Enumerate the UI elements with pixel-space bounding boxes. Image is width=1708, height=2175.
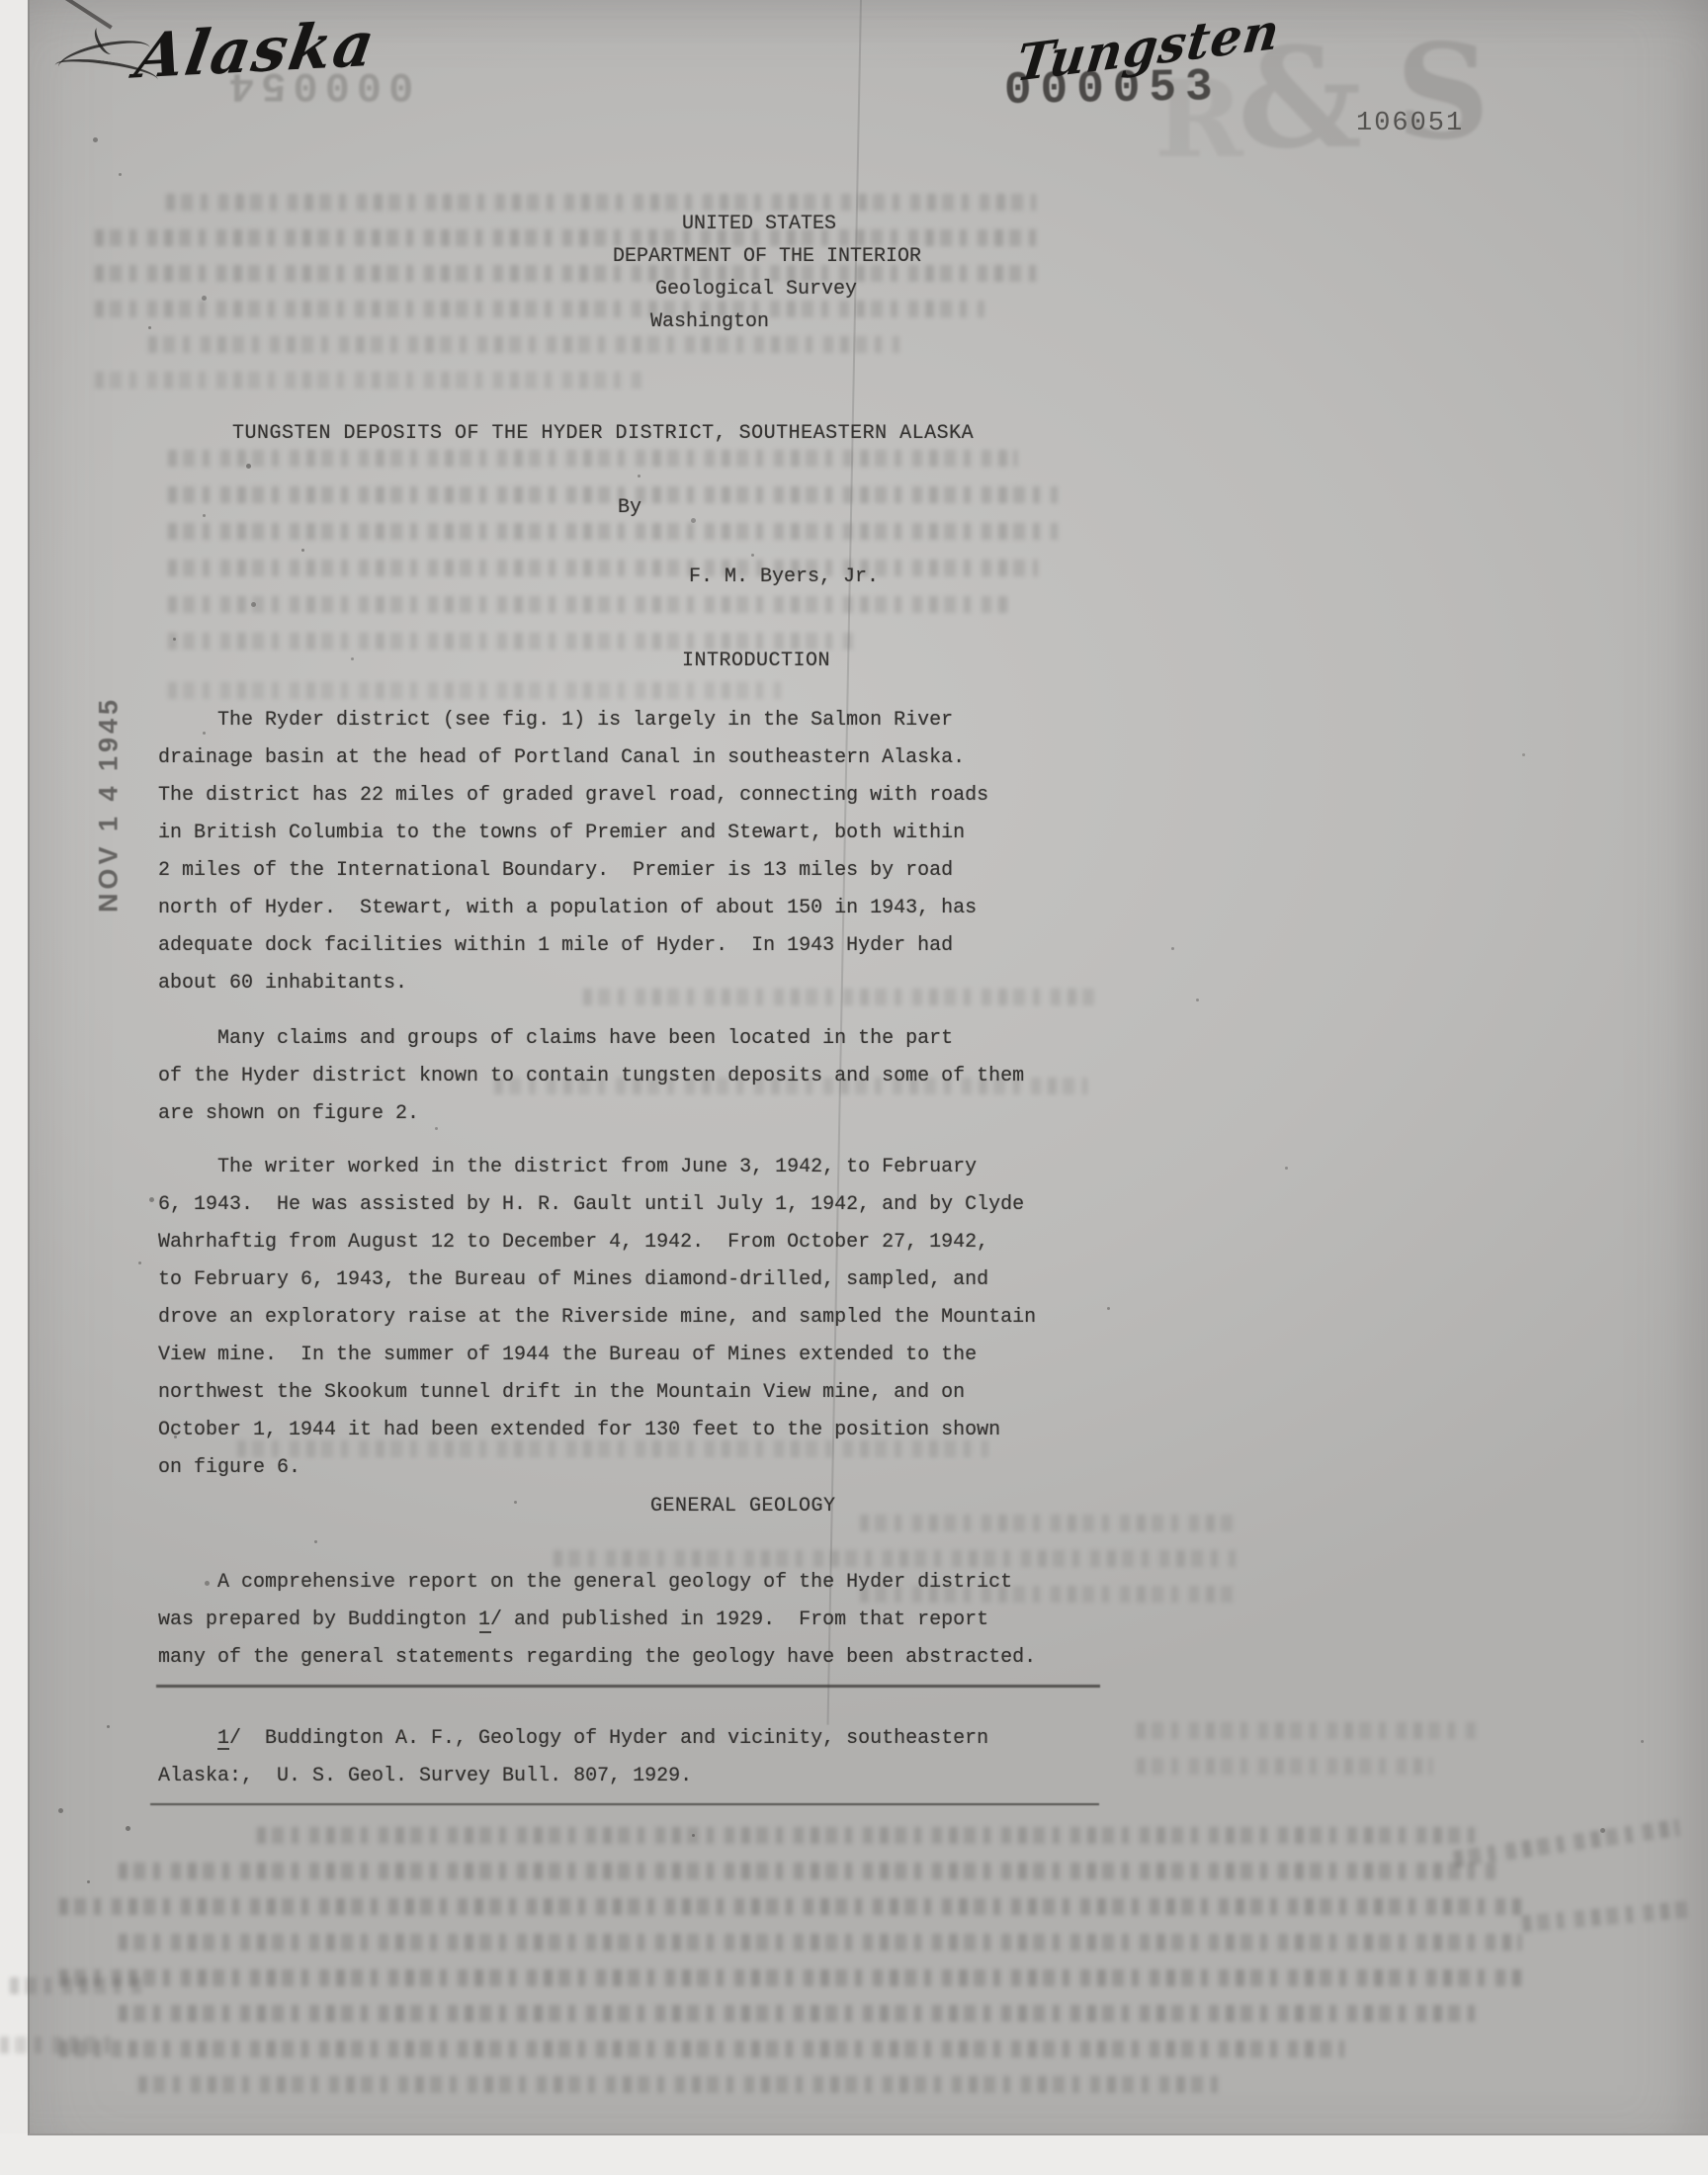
bleedthrough-smudge [59,2041,1344,2057]
scanner-edge-left [0,0,28,2133]
footnote-separator-rule [156,1685,1100,1688]
bleedthrough-smudge [138,2076,1226,2093]
ghost-monogram-s: S [1396,16,1490,169]
bleedthrough-smudge [168,486,1058,503]
paragraph: Many claims and groups of claims have be… [158,1020,1024,1133]
bleedthrough-smudge [166,194,1036,211]
bleedthrough-smudge [168,682,781,699]
footnote-number-underline [217,1748,229,1750]
bleedthrough-smudge [257,1827,1483,1844]
bleedthrough-smudge [168,596,1008,613]
bleedthrough-smudge [168,560,1038,576]
bleedthrough-smudge [119,1934,1522,1951]
bleedthrough-smudge [95,372,648,389]
bleedthrough-smudge [59,1969,1522,1986]
bleedthrough-smudge [148,336,899,353]
bleedthrough-smudge [119,2005,1483,2022]
footnote-reference-underline [479,1631,491,1633]
header-city: Washington [650,304,769,341]
bleedthrough-smudge [860,1515,1236,1531]
scanned-document-page: Alaska Tungsten 000053 000054 106051 R &… [0,0,1708,2175]
bleedthrough-smudge [1137,1758,1433,1775]
bleedthrough-smudge [0,2037,119,2053]
footnote: 1/ Buddington A. F., Geology of Hyder an… [158,1720,988,1795]
byline-author: F. M. Byers, Jr. [689,559,879,596]
file-number: 106051 [1356,109,1464,138]
section-heading-introduction: INTRODUCTION [682,643,830,680]
bleedthrough-smudge [168,523,1058,540]
paragraph: The Ryder district (see fig. 1) is large… [158,702,988,1002]
bottom-rule [150,1803,1099,1805]
paragraph: The writer worked in the district from J… [158,1149,1036,1487]
bleedthrough-smudge [1137,1722,1483,1739]
scanner-edge-bottom [0,2133,1708,2175]
date-received-stamp: NOV 1 4 1945 [94,656,125,953]
bleedthrough-smudge [10,1977,148,1994]
byline-by: By [618,489,641,527]
handwritten-region-label: Alaska [130,7,381,92]
paragraph: A comprehensive report on the general ge… [158,1564,1036,1677]
bleedthrough-smudge [59,1898,1522,1915]
bleedthrough-smudge [119,1863,1502,1879]
section-heading-general-geology: GENERAL GEOLOGY [650,1488,836,1525]
document-title: TUNGSTEN DEPOSITS OF THE HYDER DISTRICT,… [232,415,974,453]
